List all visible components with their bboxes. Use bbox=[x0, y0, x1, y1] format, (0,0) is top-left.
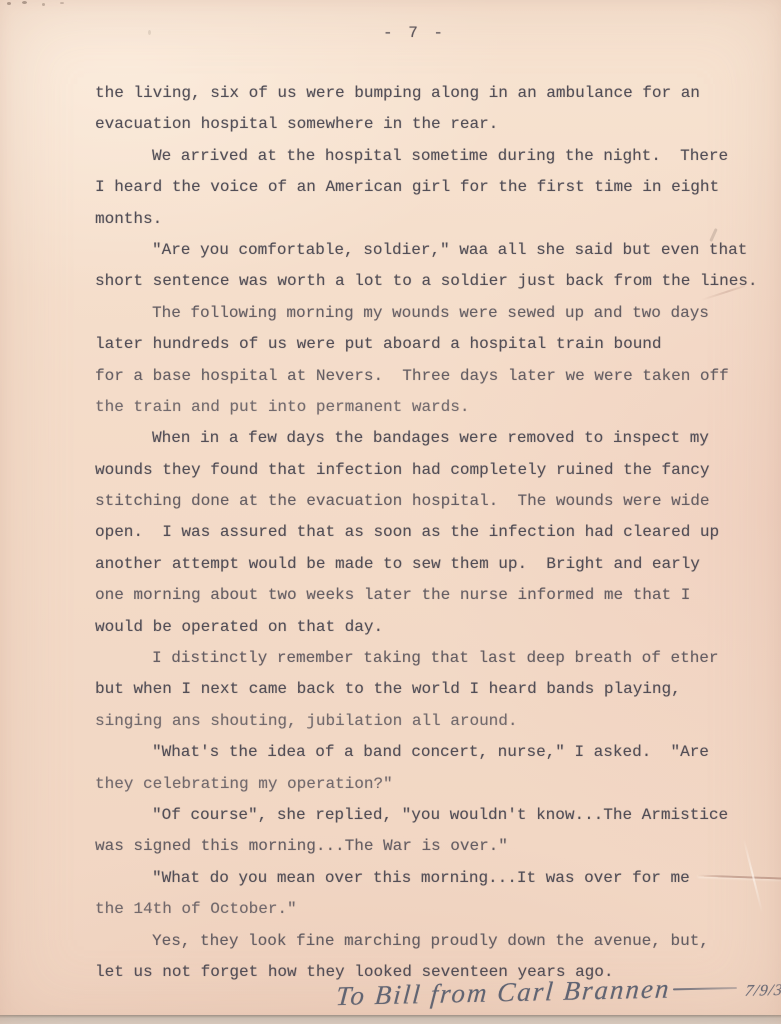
pen-flourish-stroke bbox=[673, 987, 737, 990]
text-line: Yes, they look fine marching proudly dow… bbox=[95, 926, 767, 957]
text-line: the 14th of October." bbox=[95, 894, 767, 925]
paragraph: "Of course", she replied, "you wouldn't … bbox=[95, 800, 767, 863]
paragraph: I distinctly remember taking that last d… bbox=[95, 643, 767, 737]
paper-speck bbox=[42, 3, 45, 6]
paragraph: "Are you comfortable, soldier," waa all … bbox=[95, 235, 767, 298]
text-line: "Are you comfortable, soldier," waa all … bbox=[95, 235, 767, 266]
text-line: months. bbox=[95, 204, 767, 235]
text-line: "What's the idea of a band concert, nurs… bbox=[95, 737, 767, 768]
text-line: one morning about two weeks later the nu… bbox=[95, 580, 767, 611]
text-line: stitching done at the evacuation hospita… bbox=[95, 486, 767, 517]
paper-speck bbox=[148, 30, 151, 35]
text-line: was signed this morning...The War is ove… bbox=[95, 831, 767, 862]
inscription-text: To Bill from Carl Brannen bbox=[335, 973, 672, 1012]
text-line: another attempt would be made to sew the… bbox=[95, 549, 767, 580]
text-line: the train and put into permanent wards. bbox=[95, 392, 767, 423]
text-line: When in a few days the bandages were rem… bbox=[95, 423, 767, 454]
paper-speck bbox=[7, 2, 11, 5]
text-line: evacuation hospital somewhere in the rea… bbox=[95, 109, 767, 140]
paragraph: When in a few days the bandages were rem… bbox=[95, 423, 767, 643]
text-line: but when I next came back to the world I… bbox=[95, 674, 767, 705]
text-line: The following morning my wounds were sew… bbox=[95, 298, 767, 329]
text-line: I distinctly remember taking that last d… bbox=[95, 643, 767, 674]
paragraph: "What's the idea of a band concert, nurs… bbox=[95, 737, 767, 800]
paragraph: the living, six of us were bumping along… bbox=[95, 78, 767, 141]
text-line: We arrived at the hospital sometime duri… bbox=[95, 141, 767, 172]
text-line: I heard the voice of an American girl fo… bbox=[95, 172, 767, 203]
text-line: "Of course", she replied, "you wouldn't … bbox=[95, 800, 767, 831]
inscription-date: 7/9/36. bbox=[743, 982, 781, 1001]
scan-edge bbox=[0, 1015, 781, 1024]
text-line: short sentence was worth a lot to a sold… bbox=[95, 266, 767, 297]
paragraph: "What do you mean over this morning...It… bbox=[95, 863, 767, 926]
page-number: - 7 - bbox=[0, 24, 781, 42]
text-line: open. I was assured that as soon as the … bbox=[95, 517, 767, 548]
text-line: wounds they found that infection had com… bbox=[95, 455, 767, 486]
paper-speck bbox=[22, 1, 27, 4]
document-page: - 7 - the living, six of us were bumping… bbox=[0, 0, 781, 1024]
text-line: they celebrating my operation?" bbox=[95, 769, 767, 800]
paragraph: The following morning my wounds were sew… bbox=[95, 298, 767, 424]
text-line: the living, six of us were bumping along… bbox=[95, 78, 767, 109]
typed-text-block: the living, six of us were bumping along… bbox=[95, 78, 767, 988]
text-line: singing ans shouting, jubilation all aro… bbox=[95, 706, 767, 737]
paper-speck bbox=[60, 2, 64, 4]
text-line: would be operated on that day. bbox=[95, 612, 767, 643]
paragraph: We arrived at the hospital sometime duri… bbox=[95, 141, 767, 235]
text-line: "What do you mean over this morning...It… bbox=[95, 863, 767, 894]
text-line: for a base hospital at Nevers. Three day… bbox=[95, 361, 767, 392]
text-line: later hundreds of us were put aboard a h… bbox=[95, 329, 767, 360]
